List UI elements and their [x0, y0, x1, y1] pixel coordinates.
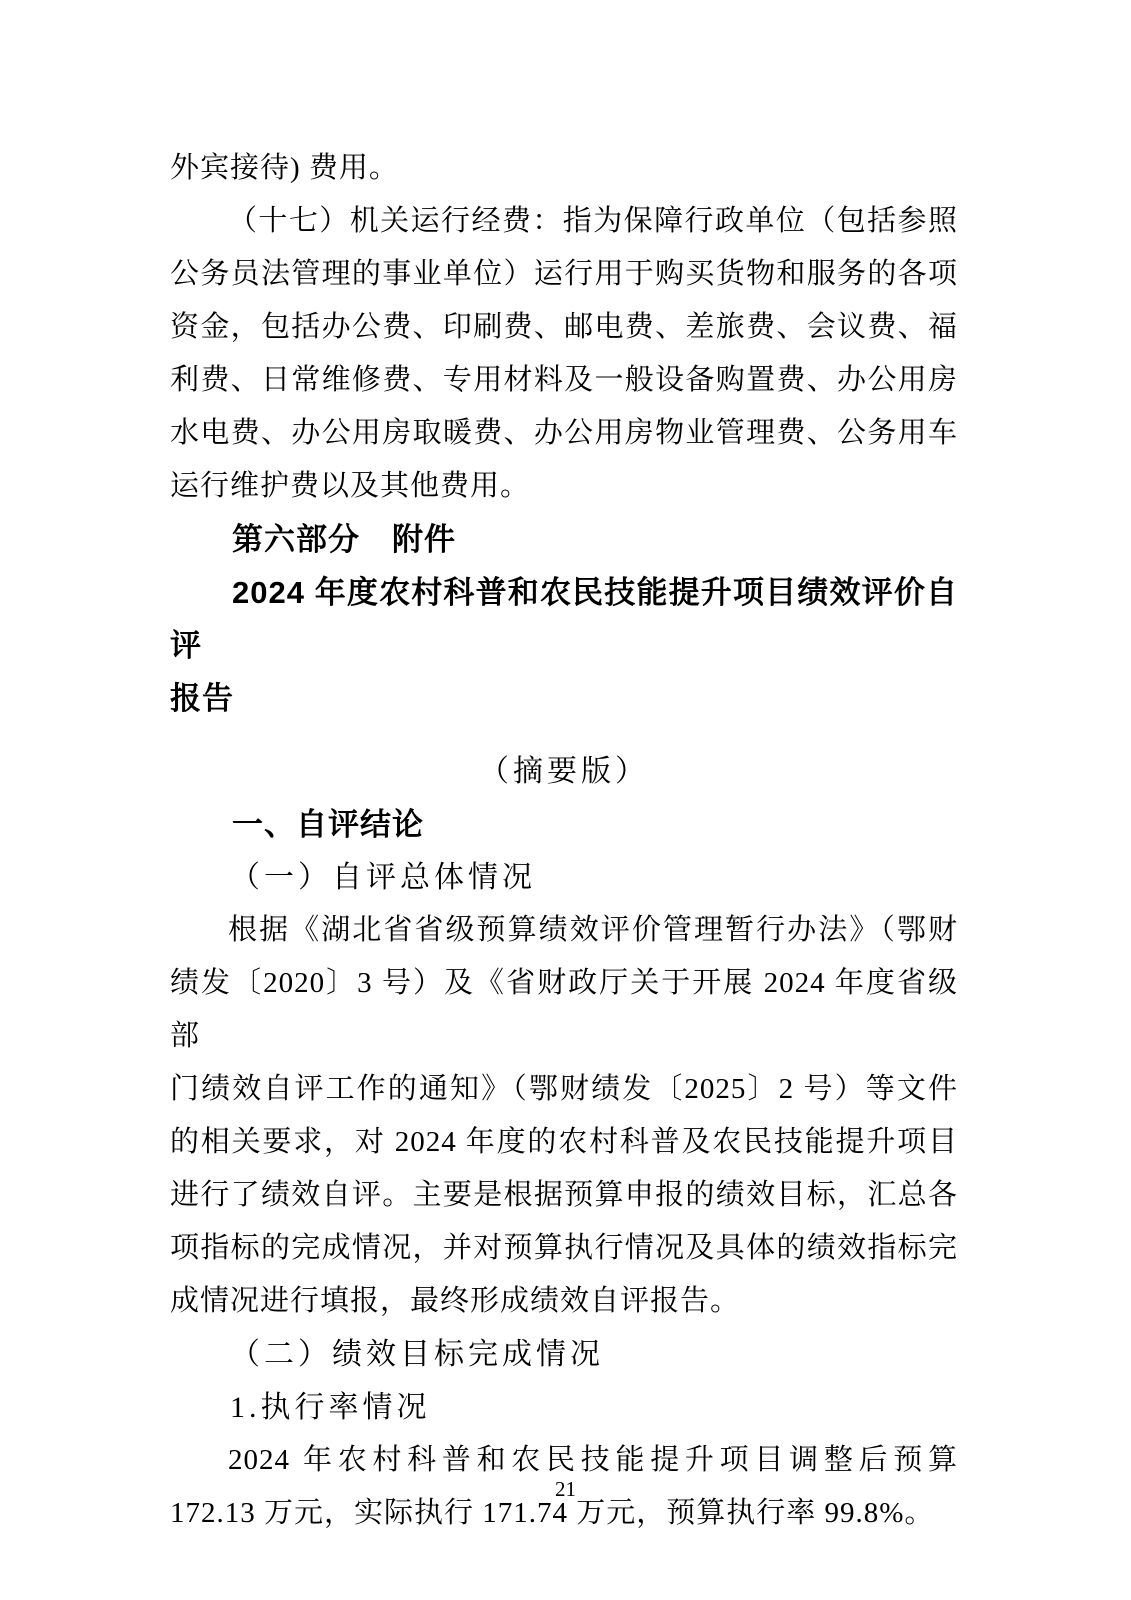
text-line-1: 外宾接待) 费用。 — [170, 142, 958, 195]
text-line-19: 项指标的完成情况，并对预算执行情况及具体的绩效指标完 — [170, 1222, 958, 1275]
text-line-12: 一、自评结论 — [170, 798, 958, 851]
text-line-17: 的相关要求，对 2024 年度的农村科普及农民技能提升项目 — [170, 1116, 958, 1169]
text-line-3: 公务员法管理的事业单位）运行用于购买货物和服务的各项 — [170, 248, 958, 301]
page-number: 21 — [0, 1476, 1131, 1502]
text-line-4: 资金，包括办公费、印刷费、邮电费、差旅费、会议费、福 — [170, 301, 958, 354]
text-line-8: 第六部分 附件 — [170, 513, 958, 566]
document-page: 外宾接待) 费用。（十七）机关运行经费：指为保障行政单位（包括参照公务员法管理的… — [0, 0, 1131, 1600]
text-line-15: 绩发〔2020〕3 号）及《省财政厅关于开展 2024 年度省级部 — [170, 957, 958, 1063]
document-body: 外宾接待) 费用。（十七）机关运行经费：指为保障行政单位（包括参照公务员法管理的… — [170, 142, 958, 1540]
text-line-11: （摘要版） — [170, 745, 958, 798]
text-line-22: 1.执行率情况 — [170, 1381, 958, 1434]
text-line-21: （二）绩效目标完成情况 — [170, 1328, 958, 1381]
text-line-14: 根据《湖北省省级预算绩效评价管理暂行办法》（鄂财 — [170, 904, 958, 957]
text-line-7: 运行维护费以及其他费用。 — [170, 460, 958, 513]
text-line-13: （一）自评总体情况 — [170, 851, 958, 904]
text-line-2: （十七）机关运行经费：指为保障行政单位（包括参照 — [170, 195, 958, 248]
text-line-6: 水电费、办公用房取暖费、办公用房物业管理费、公务用车 — [170, 407, 958, 460]
text-line-5: 利费、日常维修费、专用材料及一般设备购置费、办公用房 — [170, 354, 958, 407]
text-line-9: 2024 年度农村科普和农民技能提升项目绩效评价自评 — [170, 566, 958, 672]
text-line-18: 进行了绩效自评。主要是根据预算申报的绩效目标，汇总各 — [170, 1169, 958, 1222]
text-line-20: 成情况进行填报，最终形成绩效自评报告。 — [170, 1275, 958, 1328]
text-line-16: 门绩效自评工作的通知》（鄂财绩发〔2025〕2 号）等文件 — [170, 1063, 958, 1116]
text-line-10: 报告 — [170, 672, 958, 725]
